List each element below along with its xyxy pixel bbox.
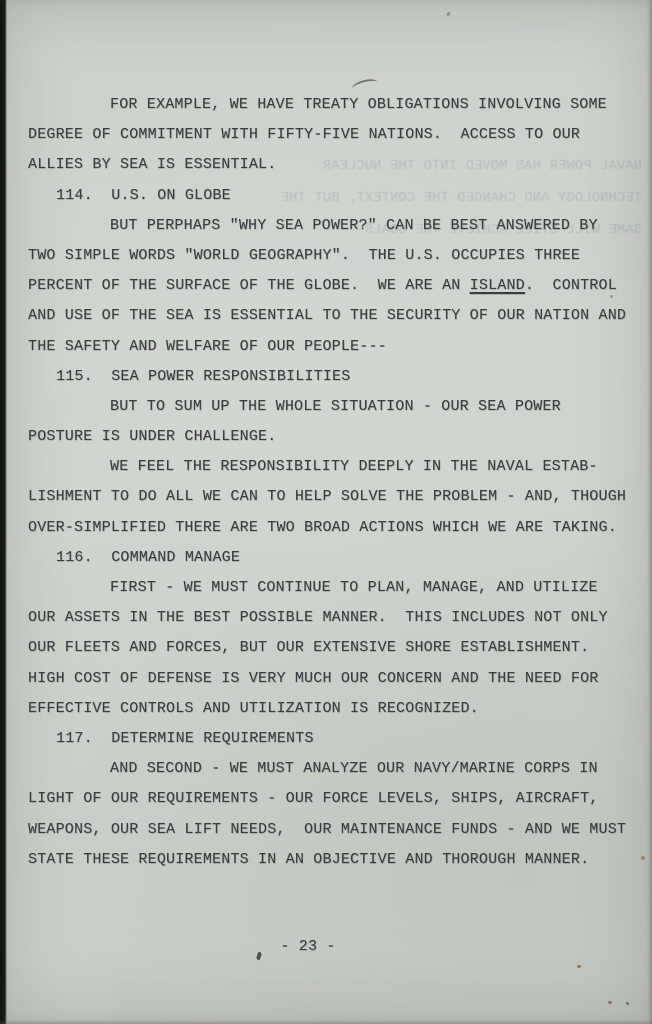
section-heading-115: 115. SEA POWER RESPONSIBILITIES	[28, 368, 638, 398]
foxing-speck	[608, 1001, 612, 1004]
paragraph-line: LIGHT OF OUR REQUIREMENTS - OUR FORCE LE…	[28, 790, 638, 820]
scanned-document-page: NAVAL POWER HAS MOVED INTO THE NUCLEAR T…	[0, 0, 652, 1024]
paragraph-line: ALLIES BY SEA IS ESSENTIAL.	[28, 156, 638, 186]
scan-edge-left	[0, 0, 7, 1024]
paragraph-line: BUT TO SUM UP THE WHOLE SITUATION - OUR …	[28, 398, 638, 428]
foxing-speck	[577, 965, 581, 968]
paragraph-line: HIGH COST OF DEFENSE IS VERY MUCH OUR CO…	[28, 670, 638, 700]
paragraph-line: OUR FLEETS AND FORCES, BUT OUR EXTENSIVE…	[28, 639, 638, 669]
paragraph-line: OUR ASSETS IN THE BEST POSSIBLE MANNER. …	[28, 609, 638, 639]
paragraph-line: WE FEEL THE RESPONSIBILITY DEEPLY IN THE…	[28, 458, 638, 488]
paragraph-line: BUT PERPHAPS "WHY SEA POWER?" CAN BE BES…	[28, 217, 638, 247]
section-heading-114: 114. U.S. ON GLOBE	[28, 187, 638, 217]
paragraph-line: FIRST - WE MUST CONTINUE TO PLAN, MANAGE…	[28, 579, 638, 609]
paragraph-line: AND SECOND - WE MUST ANALYZE OUR NAVY/MA…	[28, 760, 638, 790]
foxing-speck	[641, 856, 645, 860]
paragraph-line: POSTURE IS UNDER CHALLENGE.	[28, 428, 638, 458]
typewritten-body: FOR EXAMPLE, WE HAVE TREATY OBLIGATIONS …	[28, 96, 638, 881]
paragraph-line: WEAPONS, OUR SEA LIFT NEEDS, OUR MAINTEN…	[28, 821, 638, 851]
island-line-after: . CONTROL	[525, 277, 617, 294]
foxing-speck	[446, 12, 451, 17]
paragraph-line: TWO SIMPLE WORDS "WORLD GEOGRAPHY". THE …	[28, 247, 638, 277]
island-line-before: PERCENT OF THE SURFACE OF THE GLOBE. WE …	[28, 277, 470, 294]
scan-edge-right	[647, 0, 652, 1024]
paragraph-line: LISHMENT TO DO ALL WE CAN TO HELP SOLVE …	[28, 488, 638, 518]
paragraph-line: DEGREE OF COMMITMENT WITH FIFTY-FIVE NAT…	[28, 126, 638, 156]
paragraph-line: AND USE OF THE SEA IS ESSENTIAL TO THE S…	[28, 307, 638, 337]
foxing-speck	[610, 295, 613, 298]
paragraph-line-island: PERCENT OF THE SURFACE OF THE GLOBE. WE …	[28, 277, 638, 307]
paragraph-line: STATE THESE REQUIREMENTS IN AN OBJECTIVE…	[28, 851, 638, 881]
underlined-word-island: ISLAND	[470, 277, 525, 294]
foxing-speck	[84, 250, 87, 253]
stray-pen-mark	[351, 77, 379, 94]
page-number: - 23 -	[0, 938, 634, 955]
section-heading-117: 117. DETERMINE REQUIREMENTS	[28, 730, 638, 760]
section-heading-116: 116. COMMAND MANAGE	[28, 549, 638, 579]
foxing-speck	[626, 1002, 629, 1005]
scan-edge-bottom	[0, 1020, 652, 1024]
paragraph-line: OVER-SIMPLIFIED THERE ARE TWO BROAD ACTI…	[28, 519, 638, 549]
ink-speck	[256, 952, 262, 961]
paragraph-line: EFFECTIVE CONTROLS AND UTILIZATION IS RE…	[28, 700, 638, 730]
paragraph-line: THE SAFETY AND WELFARE OF OUR PEOPLE---	[28, 338, 638, 368]
paragraph-line: FOR EXAMPLE, WE HAVE TREATY OBLIGATIONS …	[28, 96, 638, 126]
